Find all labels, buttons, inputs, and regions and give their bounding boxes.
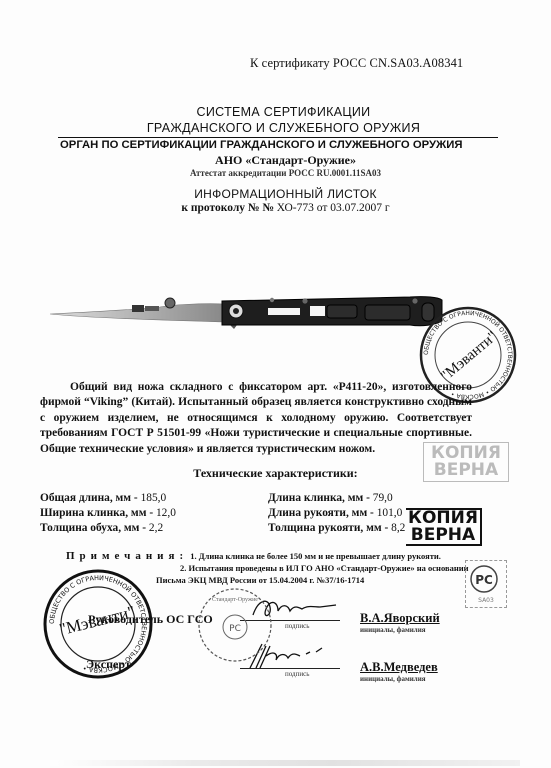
svg-text:PC: PC (475, 573, 493, 587)
product-description: Общий вид ножа складного с фиксатором ар… (40, 380, 472, 457)
info-sheet-title: ИНФОРМАЦИОННЫЙ ЛИСТОК (0, 187, 551, 201)
protocol-line: к протоколу № № ХО-773 от 03.07.2007 г (0, 202, 551, 214)
mevanti-stamp-bottom: ОБЩЕСТВО С ОГРАНИЧЕННОЙ ОТВЕТСТВЕННОСТЬЮ… (42, 568, 154, 680)
scan-artifact (50, 760, 520, 766)
svg-text:PC: PC (229, 624, 241, 634)
protocol-date: от 03.07.2007 г (317, 202, 390, 214)
knife-photo (50, 285, 450, 335)
blade-logo-icon (132, 305, 144, 312)
system-title-line2: ГРАЖДАНСКОГО И СЛУЖЕБНОГО ОРУЖИЯ (8, 121, 551, 135)
spec-handle-thickness: Толщина рукояти, мм - 8,2 (268, 521, 405, 536)
signature-caption-head: подпись (285, 622, 309, 630)
protocol-prefix: к протоколу № № (181, 202, 274, 214)
header-divider (58, 137, 498, 138)
spec-blade-width: Ширина клинка, мм - 12,0 (40, 506, 176, 521)
specs-right-column: Длина клинка, мм - 79,0 Длина рукояти, м… (268, 491, 405, 536)
accreditation-certificate: Аттестат аккредитации РОСС RU.0001.11SA0… (0, 168, 551, 178)
name-expert: А.В.Медведев (360, 660, 438, 675)
name-head: В.А.Яворский (360, 611, 440, 626)
organization-name: АНО «Стандарт-Оружие» (0, 153, 551, 168)
certificate-reference: К сертификату РОСС CN.SA03.A08341 (250, 56, 463, 71)
specs-left-column: Общая длина, мм - 185,0 Ширина клинка, м… (40, 491, 176, 536)
protocol-number: ХО-773 (277, 202, 314, 214)
svg-text:"Мэванти": "Мэванти" (57, 602, 137, 639)
svg-text:Стандарт-Оружие: Стандарт-Оружие (212, 597, 258, 603)
tech-specs-title: Технические характеристики: (0, 466, 551, 481)
spec-blade-length: Длина клинка, мм - 79,0 (268, 491, 405, 506)
system-title-line1: СИСТЕМА СЕРТИФИКАЦИИ (8, 105, 551, 119)
pct-mark-icon: PC SA03 (466, 561, 506, 607)
name-caption-head: инициалы, фамилия (360, 626, 426, 634)
pct-certification-mark: PC SA03 (465, 560, 507, 608)
svg-text:"Мэванти": "Мэванти" (438, 328, 501, 384)
standard-oruzhie-seal: PC Стандарт-Оружие (195, 585, 275, 665)
copy-verified-stamp: КОПИЯ ВЕРНА (406, 508, 482, 546)
notes-label: Примечания: (66, 550, 188, 562)
name-caption-expert: инициалы, фамилия (360, 675, 426, 683)
svg-text:SA03: SA03 (478, 597, 494, 604)
spec-handle-length: Длина рукояти, мм - 101,0 (268, 506, 405, 521)
spec-total-length: Общая длина, мм - 185,0 (40, 491, 176, 506)
spec-spine-thickness: Толщина обуха, мм - 2,2 (40, 521, 176, 536)
note-1: 1. Длина клинка не более 150 мм и не пре… (190, 551, 441, 561)
certification-body: ОРГАН ПО СЕРТИФИКАЦИИ ГРАЖДАНСКОГО И СЛУ… (60, 139, 540, 151)
